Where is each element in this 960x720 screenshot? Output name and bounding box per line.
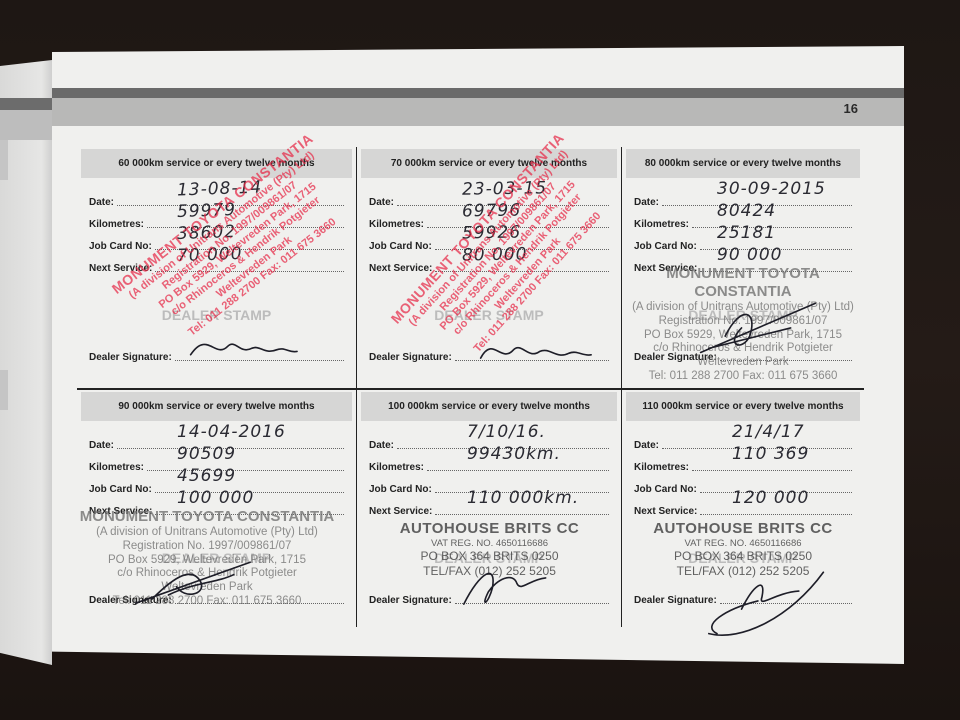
handwritten-job-card: 25181 xyxy=(717,223,776,243)
handwritten-date: 14-04-2016 xyxy=(177,422,286,442)
service-interval-title: 110 000km service or every twelve months xyxy=(626,392,860,421)
handwritten-next-service: 110 000km. xyxy=(467,488,579,508)
handwritten-date: 30-09-2015 xyxy=(717,179,826,199)
left-page-grey-band xyxy=(0,110,52,140)
service-book-page: 16 60 000km service or every twelve mont… xyxy=(52,46,904,664)
dotted-line xyxy=(155,270,344,272)
date-label: Date: xyxy=(634,197,659,208)
signature-scribble-icon xyxy=(117,550,277,640)
dotted-line xyxy=(427,469,609,471)
dealer-stamp-label: DEALER STAMP xyxy=(77,307,356,323)
service-interval-title: 80 000km service or every twelve months xyxy=(626,149,860,178)
stamp-line: VAT REG. NO. 4650116686 xyxy=(622,538,864,549)
service-record-cell: 90 000km service or every twelve months … xyxy=(77,388,357,627)
signature-scribble-icon xyxy=(437,555,597,645)
handwritten-job-card: 45699 xyxy=(177,466,236,486)
dotted-line xyxy=(435,270,609,272)
dotted-line xyxy=(155,513,344,515)
signature-scribble-icon xyxy=(682,560,842,650)
job-card-label: Job Card No: xyxy=(89,241,152,252)
handwritten-next-service: 100 000 xyxy=(177,488,254,508)
service-record-cell: 80 000km service or every twelve months … xyxy=(622,147,864,388)
handwritten-job-card: 59926 xyxy=(462,222,521,243)
stamp-line: (A division of Unitrans Automotive (Pty)… xyxy=(57,526,357,540)
kilometres-label: Kilometres: xyxy=(89,462,144,473)
date-label: Date: xyxy=(89,197,114,208)
handwritten-next-service: 120 000 xyxy=(732,488,809,508)
dealer-stamp-label: DEALER STAMP xyxy=(357,307,621,323)
kilometres-label: Kilometres: xyxy=(634,219,689,230)
next-service-label: Next Service: xyxy=(89,506,152,517)
dealer-signature-label: Dealer Signature: xyxy=(369,352,452,363)
service-record-cell: 60 000km service or every twelve months … xyxy=(77,147,357,388)
handwritten-next-service: 70 000 xyxy=(177,244,243,266)
handwritten-next-service: 90 000 xyxy=(717,245,782,265)
handwritten-kilometres: 90509 xyxy=(177,444,236,464)
job-card-label: Job Card No: xyxy=(89,484,152,495)
kilometres-label: Kilometres: xyxy=(369,462,424,473)
service-interval-title: 100 000km service or every twelve months xyxy=(361,392,617,421)
handwritten-kilometres: 110 369 xyxy=(732,444,809,464)
stamp-dealer-name: AUTOHOUSE BRITS CC xyxy=(622,520,864,538)
service-interval-title: 90 000km service or every twelve months xyxy=(81,392,352,421)
service-record-cell: 70 000km service or every twelve months … xyxy=(357,147,622,388)
service-record-grid: 60 000km service or every twelve months … xyxy=(77,147,864,627)
handwritten-kilometres: 80424 xyxy=(717,201,776,221)
page-number: 16 xyxy=(844,101,858,116)
next-service-label: Next Service: xyxy=(369,263,432,274)
header-dark-band xyxy=(52,88,904,98)
handwritten-date: 23-03-15 xyxy=(462,178,548,199)
handwritten-date: 7/10/16. xyxy=(467,422,546,442)
left-page-tab xyxy=(0,140,8,180)
dotted-line xyxy=(700,513,852,515)
date-label: Date: xyxy=(634,440,659,451)
dealer-signature-label: Dealer Signature: xyxy=(89,352,172,363)
left-page-edge xyxy=(0,60,52,665)
dotted-line xyxy=(435,513,609,515)
handwritten-date: 13-08-14 xyxy=(177,178,263,201)
left-page-dark-band xyxy=(0,98,52,110)
next-service-label: Next Service: xyxy=(634,506,697,517)
next-service-label: Next Service: xyxy=(634,263,697,274)
stamp-line: VAT REG. NO. 4650116686 xyxy=(357,538,622,549)
kilometres-label: Kilometres: xyxy=(369,219,424,230)
kilometres-label: Kilometres: xyxy=(634,462,689,473)
job-card-label: Job Card No: xyxy=(369,484,432,495)
handwritten-next-service: 80 000 xyxy=(462,244,528,265)
service-record-cell: 110 000km service or every twelve months… xyxy=(622,388,864,627)
kilometres-label: Kilometres: xyxy=(89,219,144,230)
service-interval-title: 60 000km service or every twelve months xyxy=(81,149,352,178)
stamp-dealer-name: AUTOHOUSE BRITS CC xyxy=(357,520,622,538)
job-card-label: Job Card No: xyxy=(634,484,697,495)
dotted-line xyxy=(700,270,852,272)
date-label: Date: xyxy=(369,197,394,208)
service-interval-title: 70 000km service or every twelve months xyxy=(361,149,617,178)
handwritten-job-card: 38602 xyxy=(177,222,237,244)
handwritten-kilometres: 59979 xyxy=(177,200,237,222)
dotted-line xyxy=(692,469,852,471)
left-page-tab xyxy=(0,370,8,410)
handwritten-date: 21/4/17 xyxy=(732,422,805,442)
handwritten-kilometres: 99430km. xyxy=(467,444,561,464)
job-card-label: Job Card No: xyxy=(634,241,697,252)
header-grey-band xyxy=(52,98,904,126)
next-service-label: Next Service: xyxy=(369,506,432,517)
date-label: Date: xyxy=(89,440,114,451)
handwritten-kilometres: 69796 xyxy=(462,200,521,221)
job-card-label: Job Card No: xyxy=(369,241,432,252)
service-record-cell: 100 000km service or every twelve months… xyxy=(357,388,622,627)
signature-scribble-icon xyxy=(682,287,842,377)
date-label: Date: xyxy=(369,440,394,451)
next-service-label: Next Service: xyxy=(89,263,152,274)
